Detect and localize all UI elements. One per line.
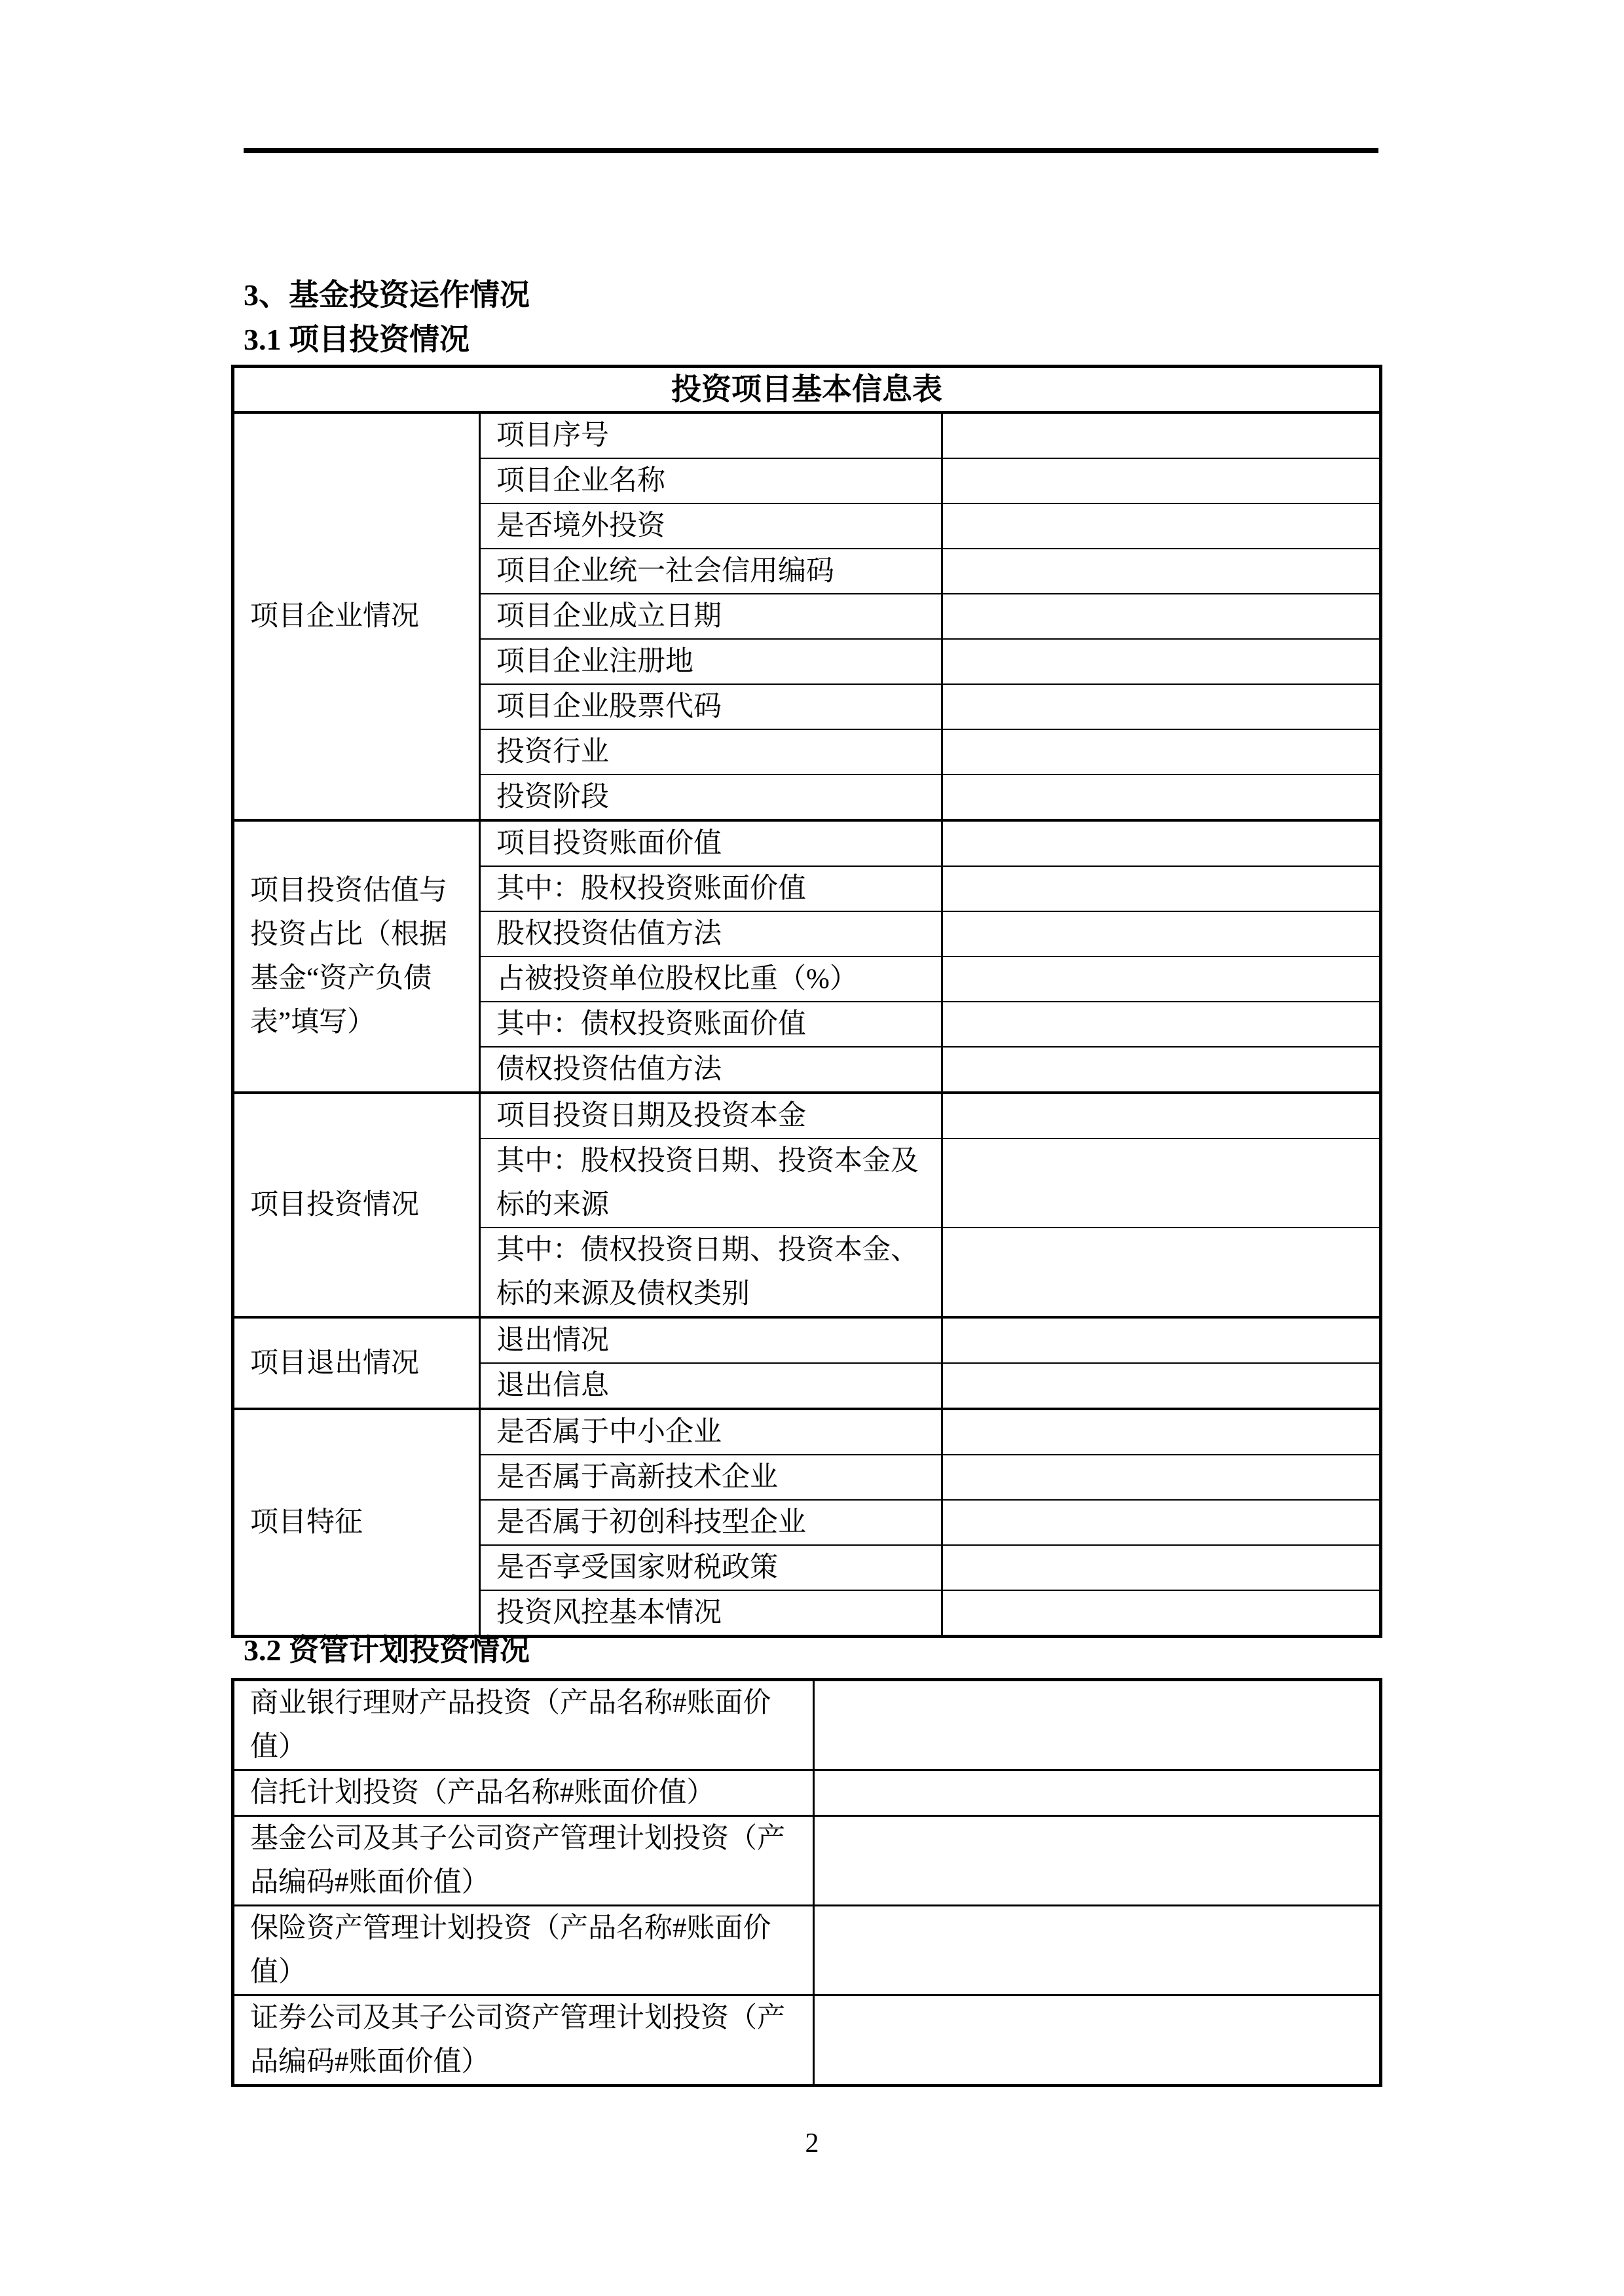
value-cell (942, 684, 1381, 729)
field-label-cell: 基金公司及其子公司资产管理计划投资（产品编码#账面价值） (233, 1816, 814, 1906)
field-label-cell: 是否境外投资 (480, 503, 942, 549)
field-label-cell: 保险资产管理计划投资（产品名称#账面价值） (233, 1906, 814, 1995)
field-label-cell: 占被投资单位股权比重（%） (480, 957, 942, 1002)
field-label-cell: 其中：股权投资日期、投资本金及标的来源 (480, 1139, 942, 1228)
table-row: 保险资产管理计划投资（产品名称#账面价值） (233, 1906, 1381, 1995)
table-row: 项目特征是否属于中小企业 (233, 1409, 1381, 1455)
group-label-cell: 项目特征 (233, 1409, 480, 1637)
page-number: 2 (0, 2125, 1624, 2162)
field-label-cell: 项目序号 (480, 412, 942, 458)
field-label-cell: 投资阶段 (480, 774, 942, 820)
group-label-cell: 项目投资估值与投资占比（根据基金“资产负债表”填写） (233, 820, 480, 1093)
field-label-cell: 是否属于高新技术企业 (480, 1455, 942, 1500)
field-label-cell: 信托计划投资（产品名称#账面价值） (233, 1770, 814, 1816)
value-cell (942, 639, 1381, 684)
field-label-cell: 投资风控基本情况 (480, 1590, 942, 1637)
value-cell (942, 1002, 1381, 1047)
value-cell (814, 1995, 1381, 2086)
value-cell (942, 549, 1381, 594)
value-cell (942, 1500, 1381, 1545)
value-cell (942, 503, 1381, 549)
value-cell (942, 1047, 1381, 1093)
value-cell (942, 1228, 1381, 1317)
value-cell (814, 1680, 1381, 1770)
field-label-cell: 股权投资估值方法 (480, 911, 942, 957)
table-row: 商业银行理财产品投资（产品名称#账面价值） (233, 1680, 1381, 1770)
investment-project-info-table: 投资项目基本信息表项目企业情况项目序号项目企业名称是否境外投资项目企业统一社会信… (231, 365, 1382, 1638)
value-cell (814, 1906, 1381, 1995)
field-label-cell: 项目企业名称 (480, 458, 942, 503)
value-cell (942, 412, 1381, 458)
value-cell (814, 1816, 1381, 1906)
value-cell (942, 1455, 1381, 1500)
field-label-cell: 其中：债权投资账面价值 (480, 1002, 942, 1047)
group-label-cell: 项目投资情况 (233, 1093, 480, 1317)
table-title: 投资项目基本信息表 (233, 367, 1381, 413)
table-row: 项目退出情况退出情况 (233, 1317, 1381, 1363)
value-cell (942, 1363, 1381, 1409)
value-cell (942, 458, 1381, 503)
field-label-cell: 投资行业 (480, 729, 942, 774)
table-row: 项目投资估值与投资占比（根据基金“资产负债表”填写）项目投资账面价值 (233, 820, 1381, 866)
field-label-cell: 退出信息 (480, 1363, 942, 1409)
section-heading-3: 3、基金投资运作情况 (244, 276, 530, 314)
field-label-cell: 项目投资日期及投资本金 (480, 1093, 942, 1139)
value-cell (942, 957, 1381, 1002)
field-label-cell: 项目企业注册地 (480, 639, 942, 684)
table-title-row: 投资项目基本信息表 (233, 367, 1381, 413)
value-cell (814, 1770, 1381, 1816)
table-row: 证券公司及其子公司资产管理计划投资（产品编码#账面价值） (233, 1995, 1381, 2086)
field-label-cell: 是否属于初创科技型企业 (480, 1500, 942, 1545)
field-label-cell: 债权投资估值方法 (480, 1047, 942, 1093)
group-label-cell: 项目退出情况 (233, 1317, 480, 1409)
value-cell (942, 866, 1381, 911)
group-label-cell: 项目企业情况 (233, 412, 480, 820)
document-page: 3、基金投资运作情况 3.1 项目投资情况 投资项目基本信息表项目企业情况项目序… (0, 0, 1624, 2296)
field-label-cell: 项目企业统一社会信用编码 (480, 549, 942, 594)
table-row: 基金公司及其子公司资产管理计划投资（产品编码#账面价值） (233, 1816, 1381, 1906)
field-label-cell: 项目企业股票代码 (480, 684, 942, 729)
subsection-heading-3-1: 3.1 项目投资情况 (244, 321, 470, 359)
value-cell (942, 1139, 1381, 1228)
field-label-cell: 项目企业成立日期 (480, 594, 942, 639)
field-label-cell: 商业银行理财产品投资（产品名称#账面价值） (233, 1680, 814, 1770)
field-label-cell: 项目投资账面价值 (480, 820, 942, 866)
table-row: 项目企业情况项目序号 (233, 412, 1381, 458)
value-cell (942, 594, 1381, 639)
field-label-cell: 证券公司及其子公司资产管理计划投资（产品编码#账面价值） (233, 1995, 814, 2086)
value-cell (942, 774, 1381, 820)
value-cell (942, 1317, 1381, 1363)
header-rule (244, 148, 1378, 153)
investment-project-info-table-body: 投资项目基本信息表项目企业情况项目序号项目企业名称是否境外投资项目企业统一社会信… (233, 367, 1381, 1637)
field-label-cell: 其中：债权投资日期、投资本金、标的来源及债权类别 (480, 1228, 942, 1317)
field-label-cell: 其中：股权投资账面价值 (480, 866, 942, 911)
field-label-cell: 退出情况 (480, 1317, 942, 1363)
table-row: 项目投资情况项目投资日期及投资本金 (233, 1093, 1381, 1139)
value-cell (942, 1590, 1381, 1637)
asset-management-plan-table: 商业银行理财产品投资（产品名称#账面价值）信托计划投资（产品名称#账面价值）基金… (231, 1678, 1382, 2087)
field-label-cell: 是否属于中小企业 (480, 1409, 942, 1455)
value-cell (942, 911, 1381, 957)
value-cell (942, 729, 1381, 774)
value-cell (942, 1093, 1381, 1139)
table-row: 信托计划投资（产品名称#账面价值） (233, 1770, 1381, 1816)
value-cell (942, 820, 1381, 866)
asset-management-plan-table-body: 商业银行理财产品投资（产品名称#账面价值）信托计划投资（产品名称#账面价值）基金… (233, 1680, 1381, 2086)
subsection-heading-3-2: 3.2 资管计划投资情况 (244, 1631, 530, 1669)
field-label-cell: 是否享受国家财税政策 (480, 1545, 942, 1590)
value-cell (942, 1409, 1381, 1455)
value-cell (942, 1545, 1381, 1590)
